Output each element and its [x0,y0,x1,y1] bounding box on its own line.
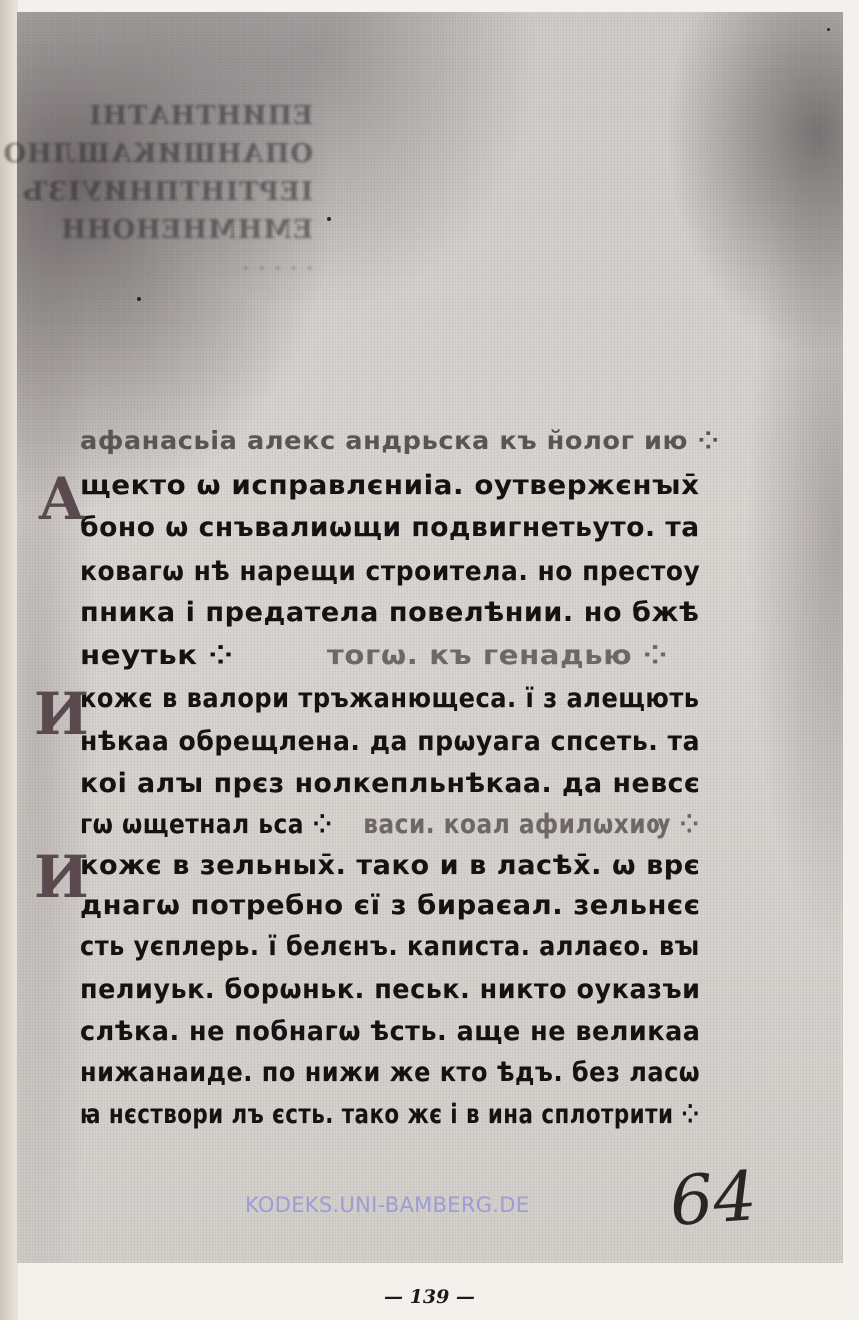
text-line: коі алꙑ прєз нолкепльнѣкаа. да невсє [80,768,700,799]
text-line: гѡ ѡщетнал ьса ⁘ васи. коал афилѡхиѹ ⁘ [80,809,700,840]
text-line: днагѡ потребно єї з бираєал. зельнєє [80,890,701,921]
text-line: кожє в зельных̄. тако и в ласѣх̄. ѡ врє [80,850,700,881]
rubric-heading: афанасьіа алекс андрьска къ н̆олог ию ⁘ [80,426,720,455]
text-line: щекто ѡ исправлєниіа. оутвержєнꙑх̄ [80,470,700,501]
bleed-line: · · · · · [3,249,313,287]
text-segment: неутьк ⁘ [80,640,233,671]
initial-letter: И [34,685,89,743]
bleed-line: ЕМНМНЕНОНН [3,211,313,249]
text-line: ꙗ нєствори лъ єсть. тако жє і в ина спло… [80,1099,700,1130]
text-line: неутьк ⁘ тогѡ. къ генадью ⁘ [80,640,668,671]
text-line: ковагѡ нѣ нарещи строитела. но престоу [80,556,700,587]
initial-letter: И [34,848,89,906]
ink-speck [327,217,331,221]
ink-speck [827,28,830,31]
bleed-through-text: ЕПИНТНАТНІ ОПАНШИКАШЛНО ІЕРТІНТПНИУІЗЪ Е… [3,97,313,287]
text-line: слѣка. не побнагѡ ѣсть. аще не великаа [80,1016,700,1047]
text-line: кожє в валори тръжанющеса. ї з алещють [80,683,700,714]
text-line: сть уєплерь. ї белєнъ. каписта. аллаєо. … [80,931,700,962]
rubric-segment: тогѡ. къ генадью ⁘ [327,640,668,671]
bleed-line: ІЕРТІНТПНИУІЗЪ [3,173,313,211]
rubric-segment: васи. коал афилѡхиѹ ⁘ [363,809,699,840]
text-segment: гѡ ѡщетнал ьса ⁘ [80,809,333,840]
text-line: нѣкаа обрещлена. да прѡуага спсеть. та [80,726,700,757]
bleed-line: ЕПИНТНАТНІ [3,97,313,135]
text-line: пелиуьк. борѡньк. песьк. никто оуказъи [80,974,700,1005]
text-line: боно ѡ снъвалиѡщи подвигнетьуто. та [80,512,700,543]
bleed-line: ОПАНШИКАШЛНО [3,135,313,173]
initial-letter: А [38,470,85,528]
text-line: пника і предатела повелѣнии. но бжѣ [80,597,699,628]
watermark: KODEKS.UNI-BAMBERG.DE [245,1193,529,1217]
folio-number: 64 [667,1157,759,1242]
page-number: — 139 — [0,1286,859,1308]
ink-speck [137,297,141,301]
text-line: нижанаиде. по нижи же кто ѣдъ. без ласѡ [80,1057,700,1088]
